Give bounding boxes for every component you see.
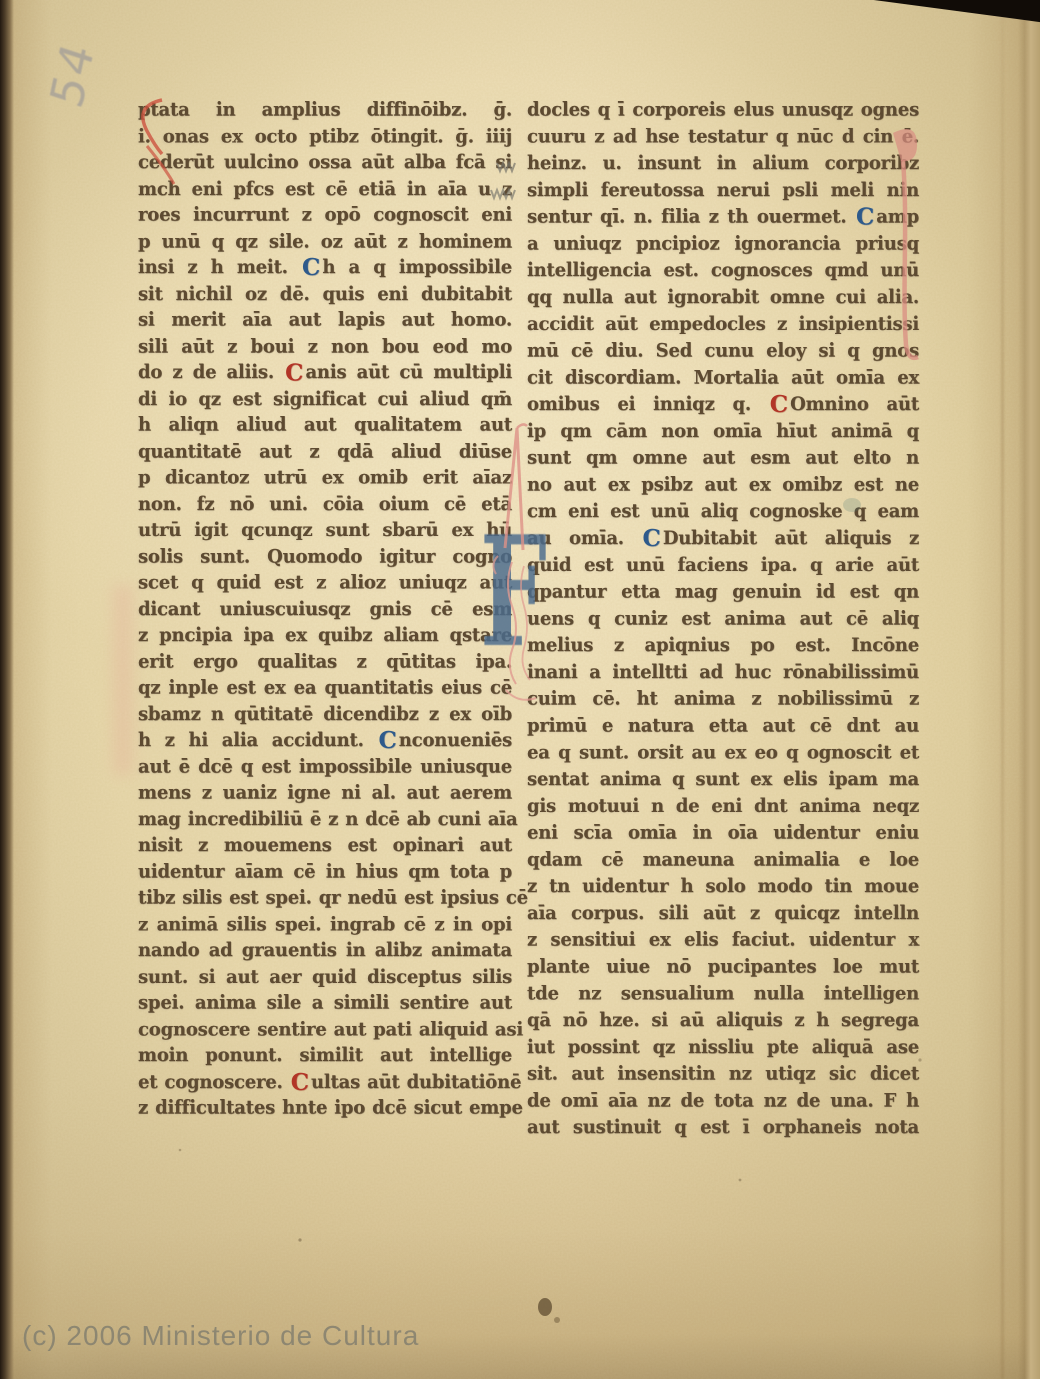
top-right-corner-shadow [0, 0, 1040, 26]
binding-edge [0, 0, 14, 1379]
gutter-initial-letter: F [480, 516, 547, 668]
text-column-right: docles q ī corporeis elus unusqz ognescu… [527, 97, 919, 1141]
manuscript-line: qpantur etta mag genuin id est qn [527, 579, 919, 606]
manuscript-line: z sensitiui ex elis faciut. uidentur x [527, 927, 919, 954]
rubric-initial: C [770, 391, 788, 419]
manuscript-line: accidit aūt empedocles z insipientissi [527, 311, 919, 338]
manuscript-line: sili aūt z boui z non bou eod mo [138, 333, 512, 359]
manuscript-line: h z hi alia accidunt. Cnconueniēs [138, 727, 512, 753]
manuscript-line: nisit z mouemens est opinari aut [138, 832, 512, 858]
manuscript-line: ea q sunt. orsit au ex eo q ognoscit et [527, 740, 919, 767]
manuscript-line: cuuru z ad hse testatur q nūc d cin ē. [527, 124, 919, 151]
parchment-blemish [538, 1298, 552, 1316]
manuscript-line: p unū q qz sile. oz aūt z hominem [138, 228, 512, 254]
manuscript-line: do z de aliis. Canis aūt cū multipli [138, 360, 512, 386]
manuscript-line: sbamz n qūtitatē dicendibz z ex oīb [138, 701, 512, 727]
manuscript-line: moin ponunt. similit aut intellige [138, 1043, 512, 1069]
manuscript-line: qq nulla aut ignorabit omne cui alia. [527, 284, 919, 311]
manuscript-line: cit discordiam. Mortalia aūt omīa ex [527, 365, 919, 392]
manuscript-line: i. onas ex octo ptibz ōtingit. ḡ. iiij [138, 123, 512, 149]
manuscript-line: uidentur aīam cē in hius qm tota p [138, 859, 512, 885]
manuscript-line: ptata in amplius diffinōibz. ḡ. [138, 97, 512, 123]
manuscript-line: mū cē diu. Sed cunu eloy si q gnos [527, 338, 919, 365]
page-crease [1001, 0, 1004, 1379]
pencil-folio-number: 54 [40, 19, 124, 119]
manuscript-line: melius z apiqnius po est. Incōne [527, 633, 919, 660]
manuscript-line: cognoscere sentire aut pati aliquid asi [138, 1016, 512, 1042]
manuscript-line: inani a intelltti ad huc rōnabilissimū [527, 659, 919, 686]
manuscript-line: qdam cē maneuna animalia e loe [527, 847, 919, 874]
manuscript-line: spei. anima sile a simili sentire aut [138, 990, 512, 1016]
manuscript-line: roes incurrunt z opō cognoscit eni [138, 202, 512, 228]
manuscript-line: utrū igit qcunqz sunt sbarū ex hū [138, 517, 512, 543]
manuscript-line: aut ē dcē q est impossibile uniusque [138, 754, 512, 780]
manuscript-line: dicant uniuscuiusqz gnis cē esm [138, 596, 512, 622]
manuscript-line: plante uiue nō pucipantes loe mut [527, 954, 919, 981]
manuscript-line: omibus ei inniqz q. COmnino aūt [527, 392, 919, 419]
manuscript-line: erit ergo qualitas z qūtitas ipa. [138, 649, 512, 675]
fore-edge [1018, 0, 1040, 1379]
manuscript-line: sentur qī. n. filia z th ouermet. Camp [527, 204, 919, 231]
manuscript-line: docles q ī corporeis elus unusqz ognes [527, 97, 919, 124]
manuscript-line: nando ad grauentis in alibz animata [138, 937, 512, 963]
manuscript-line: si merit aīa aut lapis aut homo. [138, 307, 512, 333]
manuscript-line: solis sunt. Quomodo igitur cogno [138, 544, 512, 570]
text-column-left: ptata in amplius diffinōibz. ḡ.i. onas e… [138, 97, 512, 1121]
manuscript-line: cm eni est unū aliq cognoske q eam [527, 499, 919, 526]
manuscript-line: et cognoscere. Cultas aūt dubitatiōnē [138, 1069, 512, 1095]
manuscript-line: sunt qm omne aut esm aut elto n [527, 445, 919, 472]
manuscript-line: no aut ex psibz aut ex omibz est ne [527, 472, 919, 499]
manuscript-line: z tn uidentur h solo modo tin moue [527, 874, 919, 901]
manuscript-line: sentat anima q sunt ex elis ipam ma [527, 767, 919, 794]
manuscript-line: sit nichil oz dē. quis eni dubitabit [138, 281, 512, 307]
left-margin-pink-smudge [113, 585, 133, 775]
manuscript-line: au omīa. CDubitabit aūt aliquis z [527, 525, 919, 552]
rubric-initial: C [291, 1068, 309, 1096]
manuscript-line: iut possint qz nissliu pte aliquā ase [527, 1034, 919, 1061]
rubric-initial: C [285, 359, 303, 387]
manuscript-line: mch eni pfcs est cē etiā in aīa u z [138, 176, 512, 202]
manuscript-line: non. fz nō uni. cōia oium cē etā [138, 491, 512, 517]
manuscript-line: ip qm cām non omīa hīut animā q [527, 418, 919, 445]
manuscript-line: tibz silis est spei. qr nedū est ipsius … [138, 885, 512, 911]
manuscript-line: uens q cuniz est anima aut cē aliq [527, 606, 919, 633]
manuscript-line: de omī aīa nz de tota nz de una. F h [527, 1088, 919, 1115]
manuscript-line: gis motuui n de eni dnt anima neqz [527, 793, 919, 820]
manuscript-line: intelligencia est. cognosces qmd unū [527, 258, 919, 285]
manuscript-line: scet q quid est z alioz uniuqz aut [138, 570, 512, 596]
rubric-initial: C [643, 524, 661, 552]
manuscript-line: qā nō hze. si aū aliquis z h segrega [527, 1008, 919, 1035]
manuscript-line: primū e natura etta aut cē dnt au [527, 713, 919, 740]
manuscript-line: z difficultates hnte ipo dcē sicut empe [138, 1095, 512, 1121]
manuscript-line: insi z h meit. Ch a q impossibile [138, 255, 512, 281]
copyright-watermark: (c) 2006 Ministerio de Cultura [22, 1320, 419, 1352]
manuscript-line: aīa corpus. sili aūt z quicqz intelln [527, 900, 919, 927]
manuscript-line: simpli fereutossa nerui psli meli nin [527, 177, 919, 204]
manuscript-page: 54 ptata in amplius diffinōibz. ḡ.i. ona… [0, 0, 1040, 1379]
rubric-initial: C [856, 203, 874, 231]
manuscript-line: a uniuqz pncipioz ignorancia priusq [527, 231, 919, 258]
manuscript-line: eni scīa omīa in oīa uidentur eniu [527, 820, 919, 847]
bottom-shading [0, 1229, 1040, 1379]
manuscript-line: tde nz sensualium nulla intelligen [527, 981, 919, 1008]
rubric-initial: C [378, 726, 396, 754]
manuscript-line: mag incredibiliū ē z n dcē ab cuni aīa [138, 806, 512, 832]
manuscript-line: quantitatē aut z qdā aliud diūse [138, 438, 512, 464]
manuscript-line: di io qz est significat cui aliud qm̄ [138, 386, 512, 412]
manuscript-line: cederūt uulcino ossa aūt alba fcā si [138, 150, 512, 176]
manuscript-line: cuim cē. ht anima z nobilissimū z [527, 686, 919, 713]
manuscript-line: quid est unū faciens ipa. q arie aūt [527, 552, 919, 579]
manuscript-line: sit. aut insensitin nz utiqz sic dicet [527, 1061, 919, 1088]
manuscript-line: h aliqn aliud aut qualitatem aut [138, 412, 512, 438]
manuscript-line: p dicantoz utrū ex omib erit aīaz [138, 465, 512, 491]
manuscript-line: heinz. u. insunt in alium corporibz [527, 151, 919, 178]
manuscript-line: z animā silis spei. ingrab cē z in opi [138, 911, 512, 937]
manuscript-line: sunt. si aut aer quid disceptus silis [138, 964, 512, 990]
manuscript-line: qz inple est ex ea quantitatis eius cē [138, 675, 512, 701]
manuscript-line: aut sustinuit q est ī orphaneis nota [527, 1115, 919, 1142]
manuscript-line: z pncipia ipa ex quibz aliam qstare [138, 622, 512, 648]
rubric-initial: C [302, 254, 320, 282]
manuscript-line: mens z uaniz igne ni al. aut aerem [138, 780, 512, 806]
